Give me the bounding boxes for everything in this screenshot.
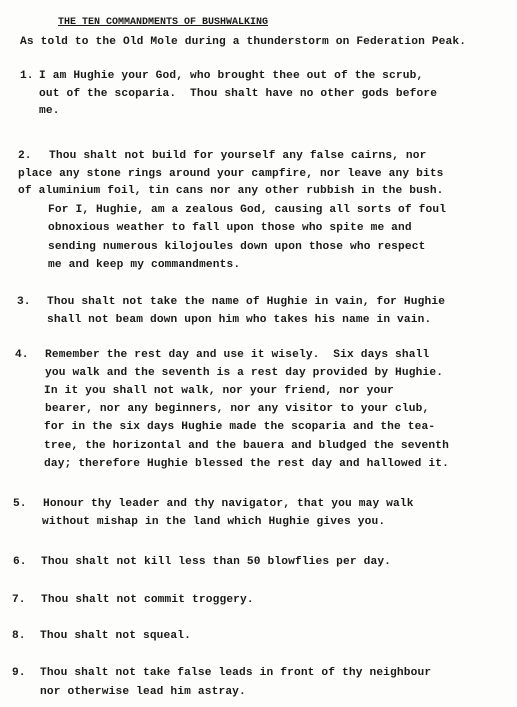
commandment-number: 8. [12,630,25,642]
document-title: THE TEN COMMANDMENTS OF BUSHWALKING [58,17,268,28]
commandment-number: 9. [12,667,25,679]
commandment-line: Thou shalt not kill less than 50 blowfli… [41,556,391,568]
commandment-line: me. [39,105,60,117]
commandment-number: 7. [12,594,25,606]
commandment-number: 6. [13,556,26,568]
commandment-line: I am Hughie your God, who brought thee o… [39,70,423,82]
commandment-line: tree, the horizontal and the bauera and … [44,440,449,452]
commandment-line: Thou shalt not squeal. [40,630,191,642]
commandment-line: without mishap in the land which Hughie … [42,516,385,528]
commandment-line: bearer, nor any beginners, nor any visit… [45,403,429,415]
commandment-number: 4. [15,349,28,361]
commandment-line: out of the scoparia. Thou shalt have no … [39,88,437,100]
commandment-line: Thou shalt not take false leads in front… [40,667,431,679]
commandment-line: obnoxious weather to fall upon those who… [48,222,412,234]
commandment-line: shall not beam down upon him who takes h… [47,314,431,326]
commandment-number: 3. [17,296,30,308]
commandment-line: Honour thy leader and thy navigator, tha… [43,498,414,510]
commandment-line: me and keep my commandments. [48,259,240,271]
commandment-line: In it you shall not walk, nor your frien… [44,385,394,397]
commandment-line: For I, Hughie, am a zealous God, causing… [48,204,446,216]
commandment-line: for in the six days Hughie made the scop… [44,421,435,433]
document-subtitle: As told to the Old Mole during a thunder… [20,36,466,48]
commandment-line: sending numerous kilojoules down upon th… [48,241,426,253]
commandment-number: 2. [18,150,31,162]
commandment-line: Thou shalt not build for yourself any fa… [49,150,427,162]
commandment-line: Remember the rest day and use it wisely.… [45,349,429,361]
commandment-number: 5. [13,498,26,510]
commandment-line: of aluminium foil, tin cans nor any othe… [18,185,444,197]
commandment-line: you walk and the seventh is a rest day p… [45,367,443,379]
commandment-number: 1. [20,70,33,82]
commandment-line: place any stone rings around your campfi… [18,168,444,180]
commandment-line: Thou shalt not take the name of Hughie i… [47,296,445,308]
commandment-line: nor otherwise lead him astray. [40,686,246,698]
commandment-line: Thou shalt not commit troggery. [41,594,254,606]
commandment-line: day; therefore Hughie blessed the rest d… [44,458,449,470]
